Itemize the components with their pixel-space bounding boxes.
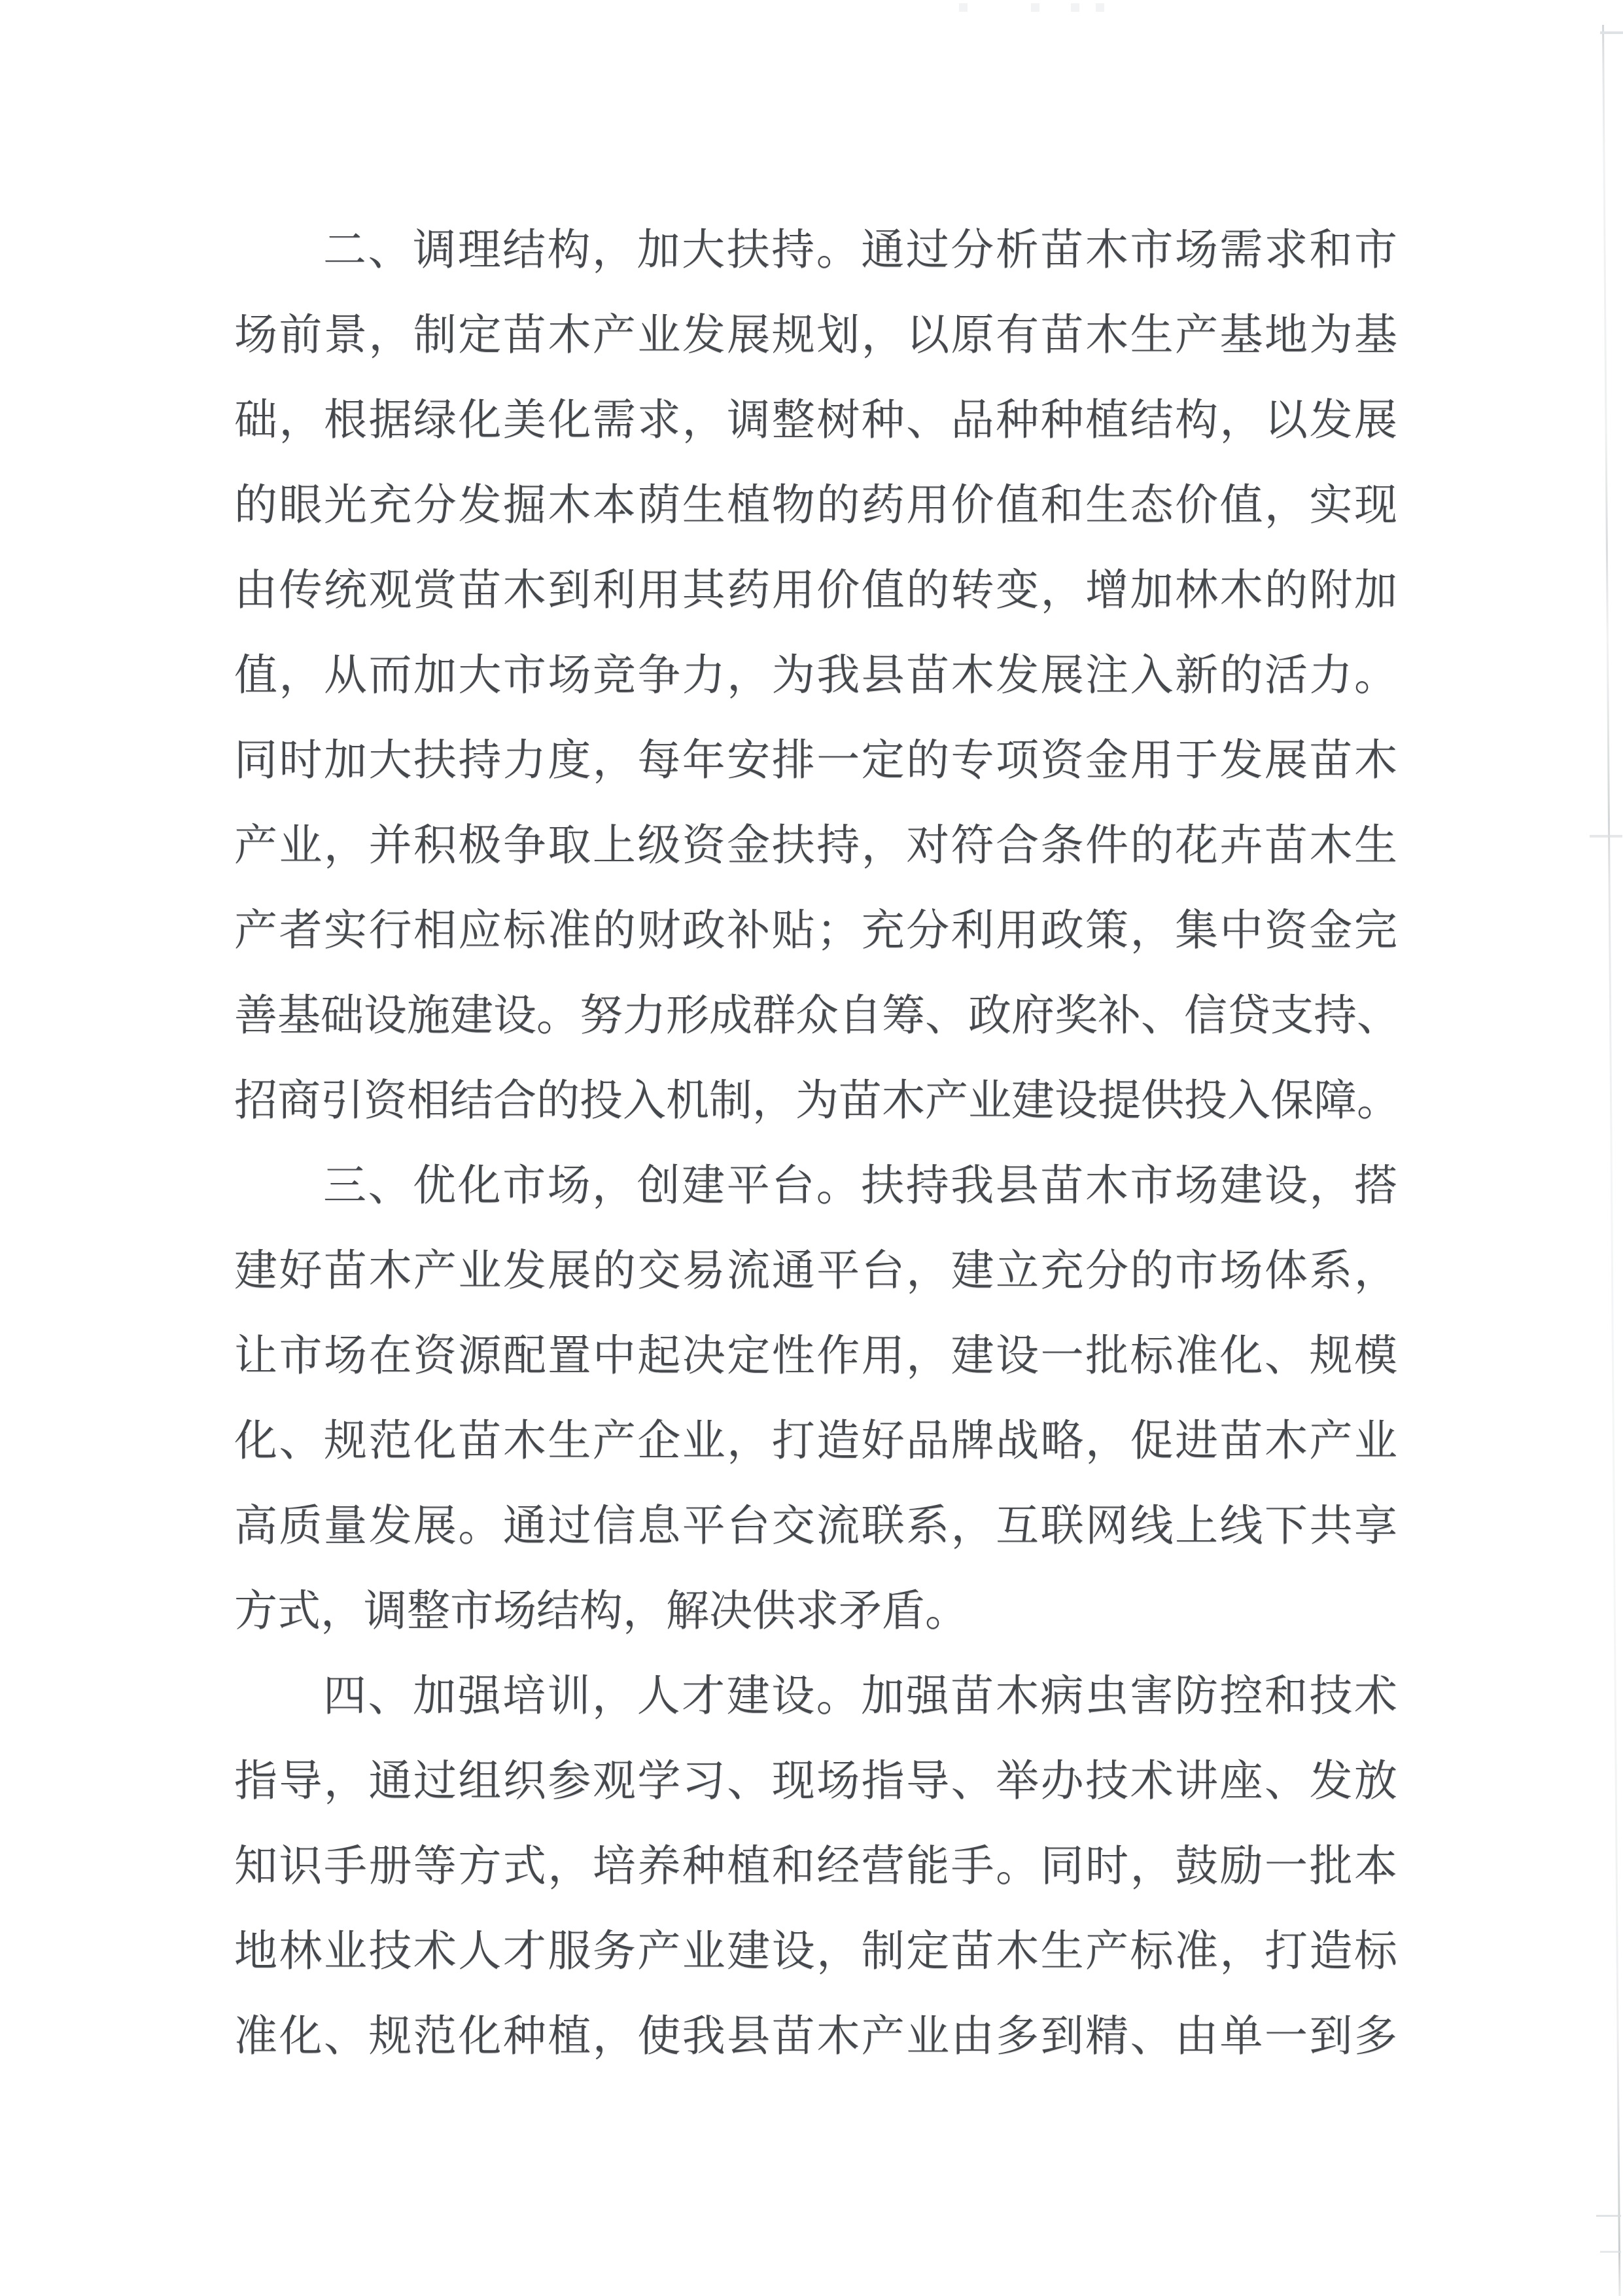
document-page: 二、调理结构，加大扶持。通过分析苗木市场需求和市 场前景，制定苗木产业发展规划，…: [0, 0, 1623, 2296]
doc-line: 准化、规范化种植，使我县苗木产业由多到精、由单一到多: [234, 1994, 1397, 2079]
doc-line: 地林业技术人才服务产业建设，制定苗木生产标准，打造标: [234, 1909, 1397, 1994]
doc-line: 高质量发展。通过信息平台交流联系，互联网线上线下共享: [234, 1484, 1397, 1569]
scan-artifact-smudge: [1600, 2251, 1621, 2253]
doc-line: 产业，并积极争取上级资金扶持，对符合条件的花卉苗木生: [234, 804, 1397, 889]
scan-artifact-smudge: [1596, 2215, 1621, 2217]
doc-line: 场前景，制定苗木产业发展规划，以原有苗木生产基地为基: [234, 293, 1397, 378]
doc-line: 产者实行相应标准的财政补贴；充分利用政策，集中资金完: [234, 889, 1397, 974]
doc-line: 指导，通过组织参观学习、现场指导、举办技术讲座、发放: [234, 1739, 1397, 1824]
doc-line: 由传统观赏苗木到利用其药用价值的转变，增加林木的附加: [234, 548, 1397, 633]
doc-line: 知识手册等方式，培养种植和经营能手。同时，鼓励一批本: [234, 1824, 1397, 1909]
document-text-block: 二、调理结构，加大扶持。通过分析苗木市场需求和市 场前景，制定苗木产业发展规划，…: [234, 208, 1397, 2079]
scan-artifact-vertical-line: [1602, 25, 1620, 2296]
doc-line: 建好苗木产业发展的交易流通平台，建立充分的市场体系，: [234, 1229, 1397, 1314]
scan-artifact-top-tick: [1600, 31, 1623, 34]
scan-artifact-dot: [959, 3, 968, 12]
doc-line: 值，从而加大市场竞争力，为我县苗木发展注入新的活力。: [234, 633, 1397, 718]
doc-line: 础，根据绿化美化需求，调整树种、品种种植结构，以发展: [234, 378, 1397, 463]
doc-line: 同时加大扶持力度，每年安排一定的专项资金用于发展苗木: [234, 718, 1397, 804]
doc-line: 招商引资相结合的投入机制，为苗木产业建设提供投入保障。: [234, 1059, 1397, 1144]
scan-artifact-dot: [1071, 3, 1079, 12]
doc-line: 三、优化市场，创建平台。扶持我县苗木市场建设，搭: [234, 1144, 1397, 1229]
doc-line: 化、规范化苗木生产企业，打造好品牌战略，促进苗木产业: [234, 1399, 1397, 1484]
doc-line: 善基础设施建设。努力形成群众自筹、政府奖补、信贷支持、: [234, 974, 1397, 1059]
scan-artifact-smudge: [1590, 835, 1622, 838]
doc-line: 方式，调整市场结构，解决供求矛盾。: [234, 1569, 1397, 1654]
doc-line: 二、调理结构，加大扶持。通过分析苗木市场需求和市: [234, 208, 1397, 293]
doc-line: 的眼光充分发掘木本荫生植物的药用价值和生态价值，实现: [234, 463, 1397, 548]
doc-line: 四、加强培训，人才建设。加强苗木病虫害防控和技术: [234, 1654, 1397, 1739]
doc-line: 让市场在资源配置中起决定性作用，建设一批标准化、规模: [234, 1314, 1397, 1399]
scan-artifact-dot: [1031, 3, 1039, 12]
scan-artifact-dot: [1096, 3, 1104, 12]
